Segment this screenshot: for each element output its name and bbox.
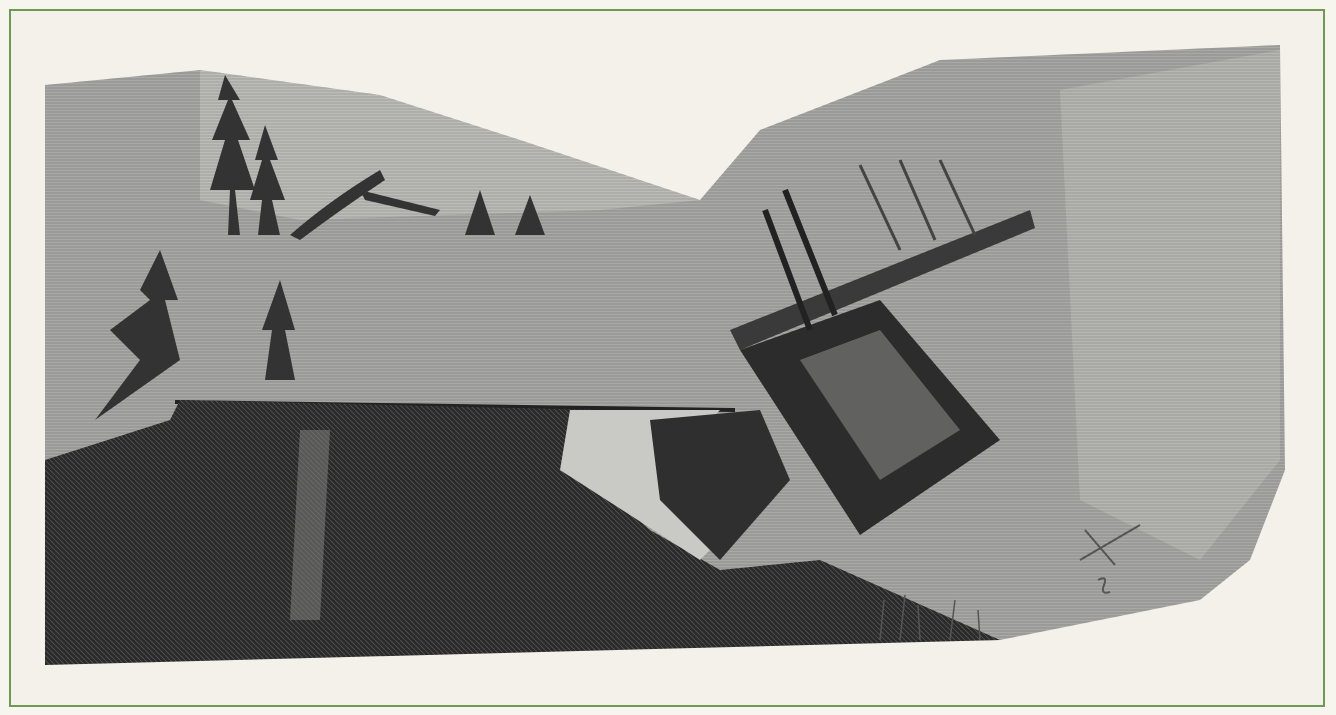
ledge-band xyxy=(175,235,735,410)
engraving-artwork xyxy=(0,0,1336,715)
